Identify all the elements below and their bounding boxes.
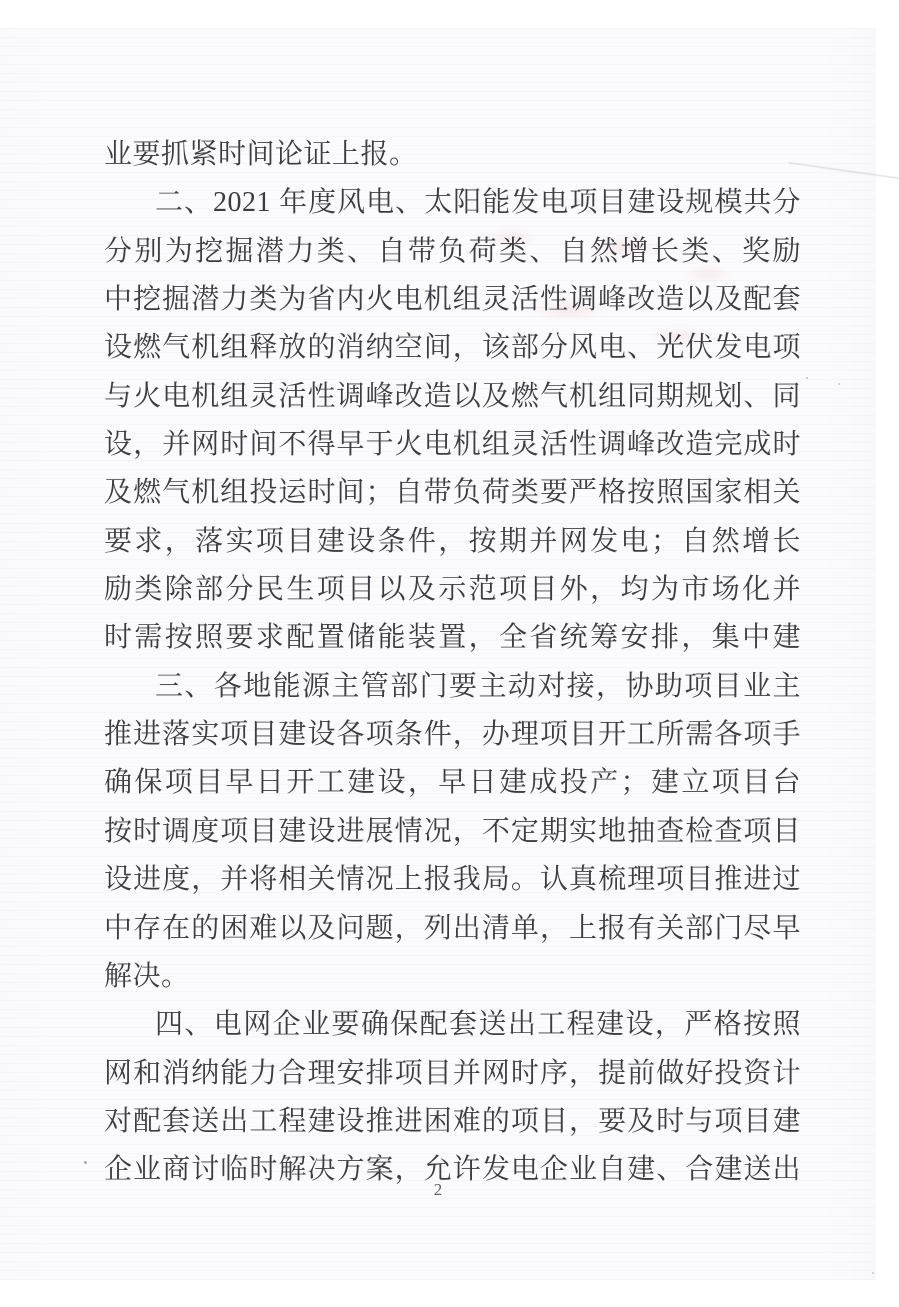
- paper-sheet: 业要抓紧时间论证上报。二、2021 年度风电、太阳能发电项目建设规模共分四类，分…: [0, 28, 876, 1280]
- scan-speck: [84, 1161, 87, 1164]
- text-line: 设进度，并将相关情况上报我局。认真梳理项目推进过程: [104, 856, 801, 904]
- text-line: 三、各地能源主管部门要主动对接，协助项目业主单位: [104, 663, 801, 711]
- text-line: 确保项目早日开工建设，早日建成投产；建立项目台账，: [104, 759, 801, 807]
- text-line: 业要抓紧时间论证上报。: [104, 131, 801, 179]
- text-line: 按时调度项目建设进展情况，不定期实地抽查检查项目建: [104, 808, 801, 856]
- text-line: 中挖掘潜力类为省内火电机组灵活性调峰改造以及配套建: [104, 276, 801, 324]
- text-line: 中存在的困难以及问题，列出清单，上报有关部门尽早协调: [104, 905, 801, 953]
- scan-speck: [806, 377, 808, 379]
- text-line: 励类除部分民生项目以及示范项目外，均为市场化并网，同: [104, 566, 801, 614]
- text-line: 解决。: [104, 953, 801, 1001]
- text-line: 设，并网时间不得早于火电机组灵活性调峰改造完成时间以: [104, 421, 801, 469]
- text-line: 要求，落实项目建设条件，按期并网发电；自然增长类、奖: [104, 518, 801, 566]
- paper-crease: [788, 162, 899, 179]
- document-body: 业要抓紧时间论证上报。二、2021 年度风电、太阳能发电项目建设规模共分四类，分…: [104, 131, 801, 1195]
- text-line: 时需按照要求配置储能装置，全省统筹安排，集中建设。: [104, 614, 801, 662]
- text-line: 设燃气机组释放的消纳空间，该部分风电、光伏发电项目要: [104, 324, 801, 372]
- page-number: 2: [0, 1180, 876, 1200]
- text-line: 分别为挖掘潜力类、自带负荷类、自然增长类、奖励类。其: [104, 228, 801, 276]
- scanned-document-viewport: 业要抓紧时间论证上报。二、2021 年度风电、太阳能发电项目建设规模共分四类，分…: [0, 0, 899, 1307]
- text-line: 推进落实项目建设各项条件，办理项目开工所需各项手续，: [104, 711, 801, 759]
- text-line: 四、电网企业要确保配套送出工程建设，严格按照接: [104, 1001, 801, 1049]
- scan-speck: [872, 1272, 874, 1274]
- text-line: 二、2021 年度风电、太阳能发电项目建设规模共分四类，: [104, 179, 801, 227]
- text-line: 与火电机组灵活性调峰改造以及燃气机组同期规划、同期建: [104, 373, 801, 421]
- text-line: 网和消纳能力合理安排项目并网时序，提前做好投资计划。: [104, 1050, 801, 1098]
- scan-speck: [838, 383, 840, 385]
- text-line: 及燃气机组投运时间；自带负荷类要严格按照国家相关文件: [104, 469, 801, 517]
- text-line: 对配套送出工程建设推进困难的项目，要及时与项目建设: [104, 1098, 801, 1146]
